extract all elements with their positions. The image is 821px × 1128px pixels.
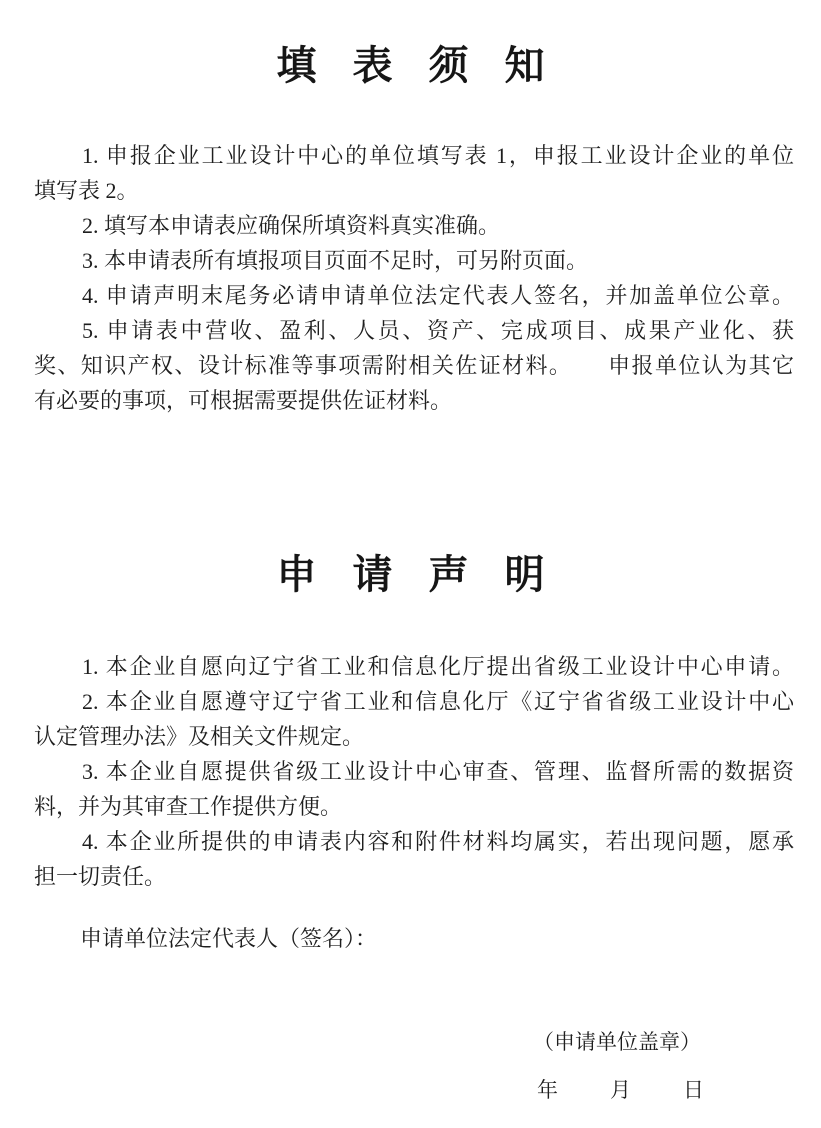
- notice-line: 2. 填写本申请表应确保所填资料真实准确。: [34, 208, 794, 243]
- notice-line: 填写表 2。: [34, 173, 794, 208]
- declaration-line: 料，并为其审查工作提供方便。: [34, 789, 794, 824]
- notice-line: 1. 申报企业工业设计中心的单位填写表 1，申报工业设计企业的单位: [34, 138, 794, 173]
- notice-line: 5. 申请表中营收、盈利、人员、资产、完成项目、成果产业化、获: [34, 313, 794, 348]
- notice-body: 1. 申报企业工业设计中心的单位填写表 1，申报工业设计企业的单位 填写表 2。…: [34, 138, 794, 418]
- date-line: 年 月 日: [537, 1075, 704, 1105]
- notice-line: 3. 本申请表所有填报项目页面不足时，可另附页面。: [34, 243, 794, 278]
- notice-line: 有必要的事项，可根据需要提供佐证材料。: [34, 383, 794, 418]
- stamp-label: （申请单位盖章）: [533, 1027, 701, 1057]
- declaration-line: 1. 本企业自愿向辽宁省工业和信息化厅提出省级工业设计中心申请。: [34, 649, 794, 684]
- document-page: 填表须知 1. 申报企业工业设计中心的单位填写表 1，申报工业设计企业的单位 填…: [0, 0, 821, 1128]
- declaration-title: 申请声明: [0, 553, 821, 597]
- declaration-line: 3. 本企业自愿提供省级工业设计中心审查、管理、监督所需的数据资: [34, 754, 794, 789]
- declaration-body: 1. 本企业自愿向辽宁省工业和信息化厅提出省级工业设计中心申请。 2. 本企业自…: [34, 649, 794, 894]
- date-month: 月: [610, 1075, 631, 1105]
- declaration-line: 4. 本企业所提供的申请表内容和附件材料均属实，若出现问题，愿承: [34, 824, 794, 859]
- notice-line: 奖、知识产权、设计标准等事项需附相关佐证材料。 申报单位认为其它: [34, 348, 794, 383]
- date-year: 年: [537, 1075, 558, 1105]
- notice-line: 4. 申请声明末尾务必请申请单位法定代表人签名，并加盖单位公章。: [34, 278, 794, 313]
- declaration-line: 认定管理办法》及相关文件规定。: [34, 719, 794, 754]
- notice-title: 填表须知: [0, 44, 821, 88]
- date-day: 日: [683, 1075, 704, 1105]
- signature-label: 申请单位法定代表人（签名）：: [34, 921, 794, 956]
- declaration-line: 2. 本企业自愿遵守辽宁省工业和信息化厅《辽宁省省级工业设计中心: [34, 684, 794, 719]
- declaration-line: 担一切责任。: [34, 859, 794, 894]
